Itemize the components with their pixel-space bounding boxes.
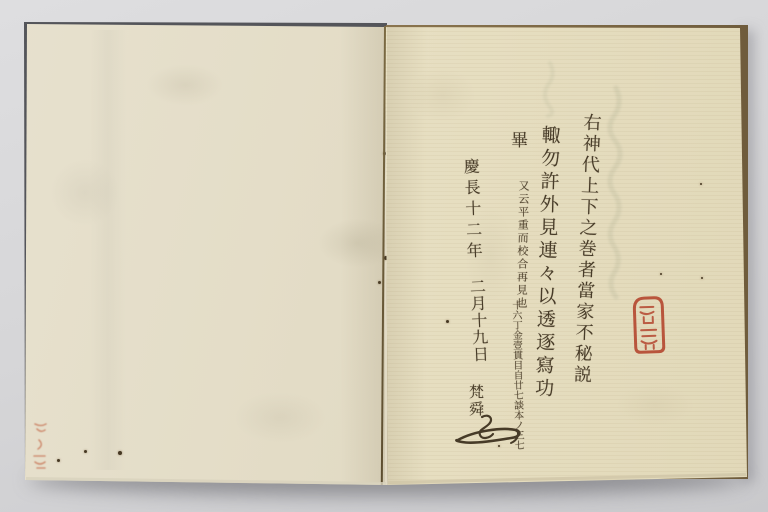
show-through-ink — [536, 58, 566, 118]
stain — [130, 55, 240, 115]
wormhole-speck — [446, 320, 449, 323]
vermilion-seal — [627, 293, 671, 358]
laid-paper-texture — [385, 27, 747, 485]
gutter-shading-left — [340, 27, 385, 483]
signature-name: 梵舜 — [468, 384, 483, 418]
date-column-era-year: 慶長十二年 — [462, 158, 482, 263]
fleck — [700, 183, 702, 185]
stain — [215, 380, 345, 455]
interlinear-note-1: 又云平重而校合再見也 — [516, 180, 529, 310]
date-column-month-day: 二月十九日 — [468, 278, 488, 364]
stain — [90, 30, 126, 470]
wormhole-speck — [118, 451, 122, 455]
faded-red-offset-marks — [26, 420, 58, 475]
fleck — [701, 277, 703, 279]
show-through-ink — [600, 80, 640, 310]
colophon-column-3: 畢 — [508, 131, 525, 148]
photo-stage: 右神代上下之巻者當家不秘説 輙勿許外見連々以透逐寫功 畢 又云平重而校合再見也 … — [0, 0, 768, 512]
stain — [35, 145, 135, 240]
wormhole-speck — [84, 450, 87, 453]
kao-cipher-mark — [452, 414, 526, 448]
fleck — [660, 273, 662, 275]
gutter-shading-right — [387, 27, 427, 485]
